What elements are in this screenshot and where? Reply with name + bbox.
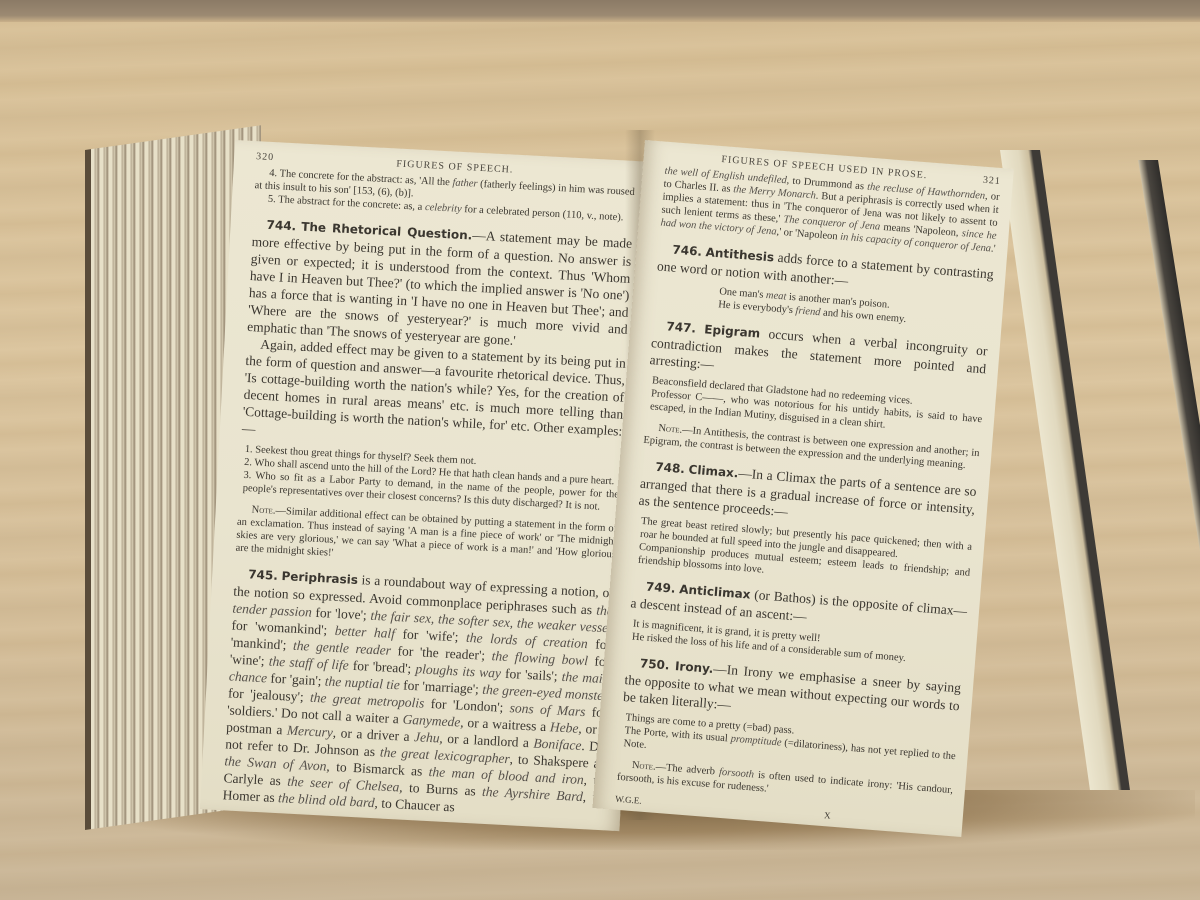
section-747-epigram: 747. Epigram occurs when a verbal incong… — [643, 316, 988, 473]
section-heading: Periphrasis — [281, 569, 358, 587]
section-heading: Anticlimax — [679, 582, 751, 602]
signature-initials: W.G.E. — [615, 794, 642, 806]
section-heading: Epigram — [704, 322, 761, 340]
section-749-anticlimax: 749. Anticlimax (or Bathos) is the oppos… — [627, 576, 967, 669]
section-744-rhetorical-question: 744. The Rhetorical Question.—A statemen… — [235, 215, 632, 574]
right-page: FIGURES OF SPEECH USED IN PROSE. 321 the… — [592, 140, 1013, 837]
signature-mark: X — [824, 810, 831, 820]
section-746-antithesis: 746. Antithesis adds force to a statemen… — [654, 239, 994, 332]
section-heading: Climax. — [688, 462, 739, 480]
note: Note.—Similar additional effect can be o… — [235, 503, 617, 575]
right-page-stack-edge — [1000, 150, 1130, 790]
page-number-left: 320 — [256, 151, 275, 163]
left-page: 320 FIGURES OF SPEECH. 4. The concrete f… — [200, 140, 654, 831]
page-number-right: 321 — [982, 175, 1001, 187]
open-book: 320 FIGURES OF SPEECH. 4. The concrete f… — [0, 0, 1200, 900]
section-heading: Irony. — [674, 659, 713, 676]
section-748-climax: 748. Climax.—In a Climax the parts of a … — [634, 457, 978, 593]
section-745-periphrasis: 745. Periphrasis is a roundabout way of … — [222, 565, 614, 824]
book-cover-right — [1138, 160, 1200, 790]
section-heading: Antithesis — [705, 245, 774, 264]
section-750-irony: 750. Irony.—In Irony we emphasise a snee… — [616, 653, 961, 810]
